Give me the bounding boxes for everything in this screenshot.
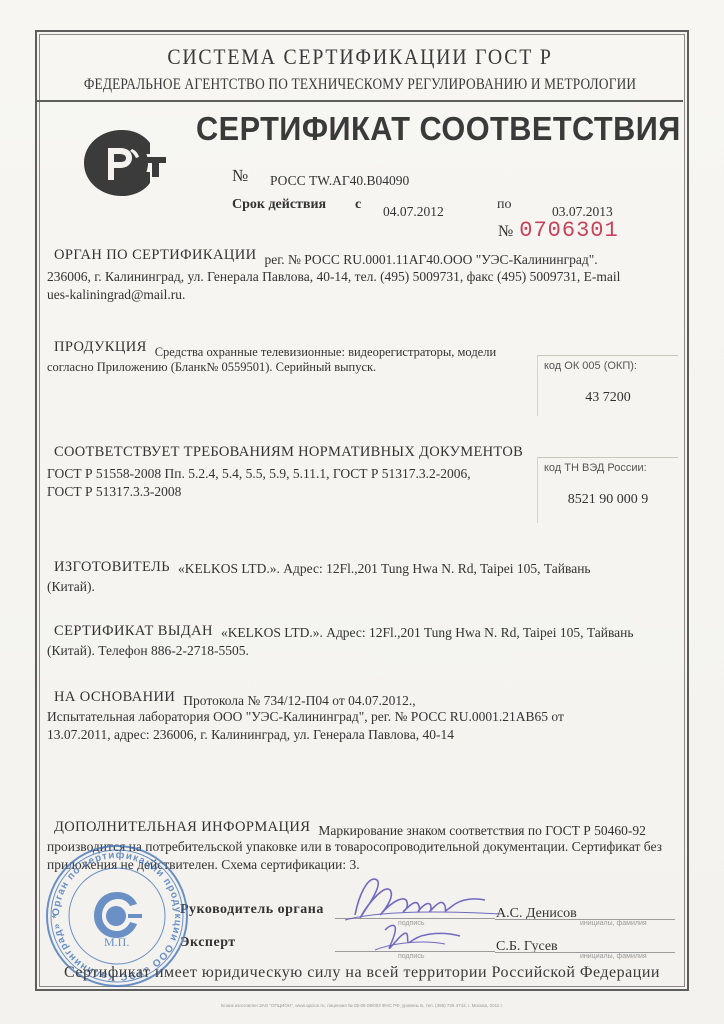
legal-validity-note: Сертификат имеет юридическую силу на все…	[0, 964, 724, 982]
section-manufacturer: ИЗГОТОВИТЕЛЬ«KELKOS LTD.». Адрес: 12Fl.,…	[47, 558, 682, 596]
compliance-standards: ГОСТ Р 51558-2008 Пп. 5.2.4, 5.4, 5.5, 5…	[47, 465, 537, 483]
okp-code-box: код ОК 005 (ОКП): 43 7200	[537, 355, 678, 416]
basis-protocol: Протокола № 734/12-П04 от 04.07.2012.,	[183, 693, 415, 708]
section-heading: СЕРТИФИКАТ ВЫДАН	[54, 623, 213, 639]
tnved-code-label: код ТН ВЭД России:	[538, 458, 678, 474]
cert-body-address: 236006, г. Калининград, ул. Генерала Пав…	[47, 268, 682, 286]
tnved-code-box: код ТН ВЭД России: 8521 90 000 9	[537, 457, 678, 523]
certificate-page: СИСТЕМА СЕРТИФИКАЦИИ ГОСТ Р ФЕДЕРАЛЬНОЕ …	[0, 0, 724, 1024]
cert-body-email: ues-kaliningrad@mail.ru.	[47, 286, 682, 304]
head-of-body-label: Руководитель органа	[180, 902, 324, 918]
okp-code-value: 43 7200	[538, 390, 678, 406]
name-caption: инициалы, фамилия	[580, 953, 647, 960]
issued-to-info-cont: (Китай). Телефон 886-2-2718-5505.	[47, 642, 682, 660]
okp-code-label: код ОК 005 (ОКП):	[538, 356, 678, 372]
system-title: СИСТЕМА СЕРТИФИКАЦИИ ГОСТ Р	[69, 44, 650, 70]
blank-number: 0706301	[519, 218, 618, 243]
section-basis: НА ОСНОВАНИИПротокола № 734/12-П04 от 04…	[47, 688, 682, 744]
section-heading: ПРОДУКЦИЯ	[54, 339, 147, 355]
product-description-cont: согласно Приложению (Бланк№ 0559501). Се…	[47, 358, 527, 376]
section-heading: ДОПОЛНИТЕЛЬНАЯ ИНФОРМАЦИЯ	[54, 819, 310, 835]
validity-label: Срок действия	[232, 197, 326, 213]
section-product: ПРОДУКЦИЯСредства охранные телевизионные…	[47, 338, 527, 376]
name-caption: инициалы, фамилия	[580, 920, 647, 927]
section-heading: ОРГАН ПО СЕРТИФИКАЦИИ	[54, 247, 256, 263]
section-heading: СООТВЕТСТВУЕТ ТРЕБОВАНИЯМ НОРМАТИВНЫХ ДО…	[54, 443, 537, 461]
tnved-code-value: 8521 90 000 9	[538, 492, 678, 508]
additional-marking: Маркирование знаком соответствия по ГОСТ…	[318, 823, 646, 838]
number-sign: №	[232, 166, 248, 186]
section-certification-body: ОРГАН ПО СЕРТИФИКАЦИИрег. № РОСС RU.0001…	[47, 246, 682, 304]
product-description: Средства охранные телевизионные: видеоре…	[155, 345, 496, 359]
blank-print-info: Бланк изготовлен ЗАО "ОПЦИОН", www.opcio…	[0, 1003, 724, 1008]
certificate-number: РОСС TW.АГ40.В04090	[270, 173, 409, 189]
basis-laboratory: Испытательная лаборатория ООО "УЭС-Калин…	[47, 708, 682, 726]
validity-from-label: с	[355, 197, 361, 213]
section-issued-to: СЕРТИФИКАТ ВЫДАН«KELKOS LTD.». Адрес: 12…	[47, 622, 682, 660]
blank-serial: №0706301	[498, 218, 619, 243]
valid-from-date: 04.07.2012	[383, 204, 444, 220]
certificate-header: СИСТЕМА СЕРТИФИКАЦИИ ГОСТ Р ФЕДЕРАЛЬНОЕ …	[37, 32, 683, 102]
compliance-standards-cont: ГОСТ Р 51317.3.3-2008	[47, 483, 537, 501]
section-heading: ИЗГОТОВИТЕЛЬ	[54, 559, 170, 575]
section-heading: НА ОСНОВАНИИ	[54, 689, 175, 705]
agency-name: ФЕДЕРАЛЬНОЕ АГЕНТСТВО ПО ТЕХНИЧЕСКОМУ РЕ…	[82, 76, 638, 94]
blank-number-sign: №	[498, 223, 513, 240]
cert-body-registration: рег. № РОСС RU.0001.11АГ40.ООО "УЭС-Кали…	[264, 252, 597, 267]
issued-to-info: «KELKOS LTD.». Адрес: 12Fl.,201 Tung Hwa…	[221, 625, 634, 640]
handwritten-signatures	[335, 870, 505, 960]
manufacturer-info-cont: (Китай).	[47, 578, 682, 596]
svg-text:М.П.: М.П.	[104, 935, 129, 949]
validity-to-label: по	[497, 197, 512, 213]
certificate-title: СЕРТИФИКАТ СООТВЕТСТВИЯ	[196, 110, 681, 148]
rst-logo-icon	[82, 128, 172, 198]
section-compliance: СООТВЕТСТВУЕТ ТРЕБОВАНИЯМ НОРМАТИВНЫХ ДО…	[47, 443, 537, 501]
basis-laboratory-cont: 13.07.2011, адрес: 236006, г. Калинингра…	[47, 726, 682, 744]
manufacturer-info: «KELKOS LTD.». Адрес: 12Fl.,201 Tung Hwa…	[178, 561, 591, 576]
